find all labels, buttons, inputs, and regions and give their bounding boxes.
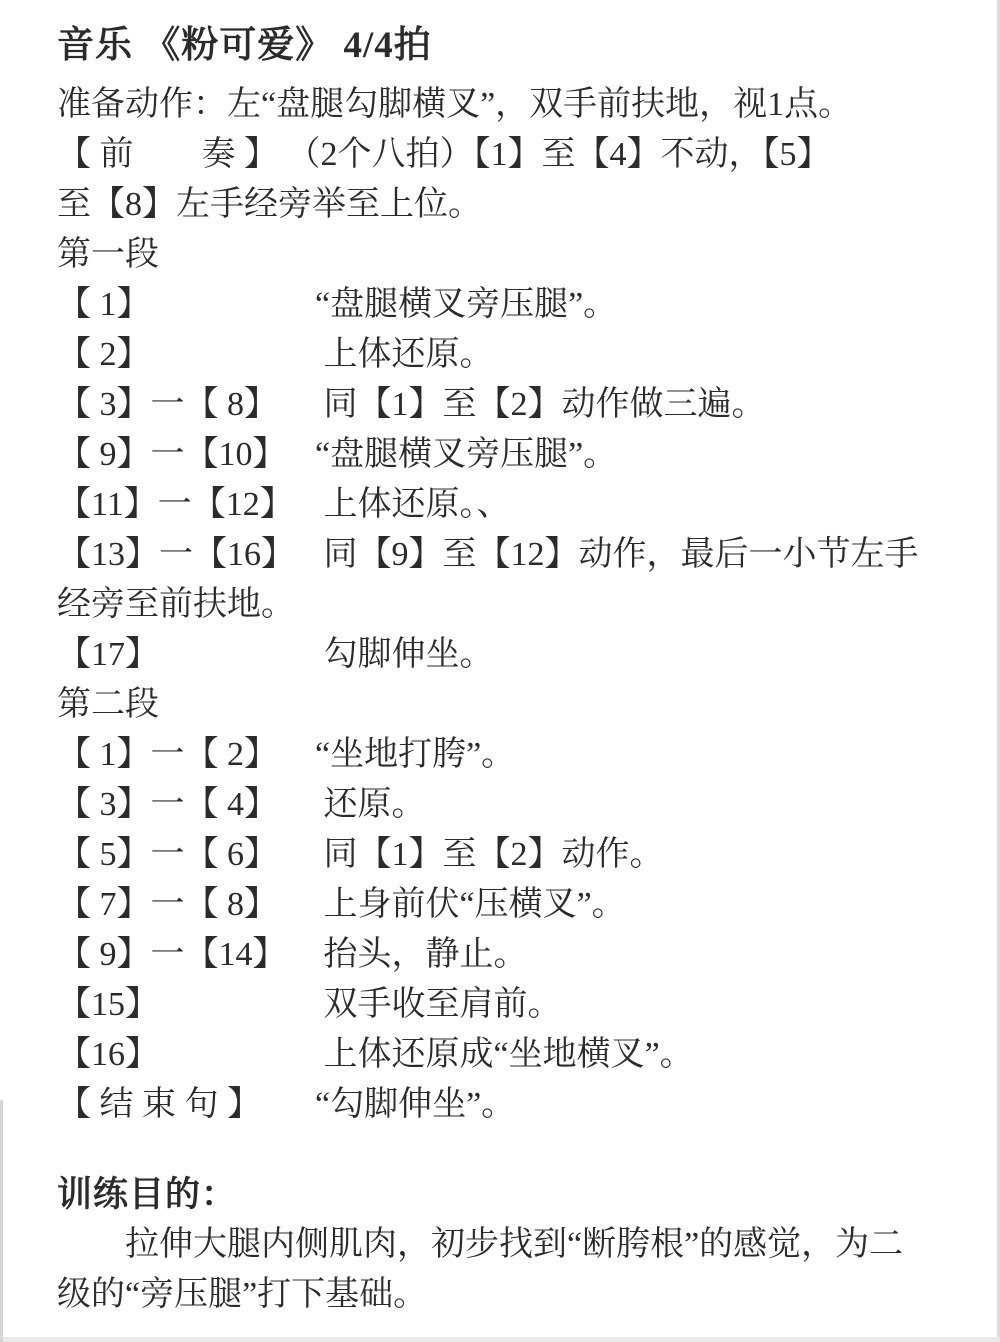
doc-title: 音乐 《粉可爱》 4/4拍 [57, 20, 960, 72]
beat-row: 【 5】一【 6】 同【1】至【2】动作。 [57, 830, 960, 880]
beat-description-continuation: 经旁至前扶地。 [57, 580, 960, 630]
page-edge-bottom [0, 1337, 1000, 1342]
beat-row: 【 2】 上体还原。 [57, 330, 960, 380]
beat-description: 上体还原。 [315, 330, 494, 380]
beat-label: 【 9】一【10】 [57, 430, 315, 480]
beat-row: 【15】 双手收至肩前。 [57, 980, 960, 1030]
prelude-line-1: 【 前 奏 】 （2个八拍）【1】至【4】不动，【5】 [57, 130, 960, 180]
beat-label: 【15】 [57, 980, 315, 1030]
beat-label: 【 1】 [57, 280, 315, 330]
section-1-heading: 第一段 [57, 230, 960, 280]
beat-row: 【11】一【12】 上体还原。、 [57, 480, 960, 530]
beat-description: “坐地打胯”。 [315, 730, 515, 780]
beat-row: 【 1】 “盘腿横叉旁压腿”。 [57, 280, 960, 330]
section-2-heading: 第二段 [57, 680, 960, 730]
beat-description: 同【9】至【12】动作，最后一小节左手 [315, 530, 919, 580]
beat-row: 【 1】一【 2】 “坐地打胯”。 [57, 730, 960, 780]
beat-label: 【16】 [57, 1030, 315, 1080]
beat-description: “盘腿横叉旁压腿”。 [315, 280, 617, 330]
beat-label: 【 2】 [57, 330, 315, 380]
beat-row: 【 结 束 句 】 “勾脚伸坐”。 [57, 1080, 960, 1130]
beat-row: 【16】 上体还原成“坐地横叉”。 [57, 1030, 960, 1080]
beat-row: 【 7】一【 8】 上身前伏“压横叉”。 [57, 880, 960, 930]
beat-label: 【 1】一【 2】 [57, 730, 315, 780]
purpose-line-2: 级的“旁压腿”打下基础。 [57, 1270, 960, 1320]
beat-row: 【 9】一【10】 “盘腿横叉旁压腿”。 [57, 430, 960, 480]
beat-description: 同【1】至【2】动作。 [315, 830, 664, 880]
beat-label: 【 3】一【 4】 [57, 780, 315, 830]
beat-description: 同【1】至【2】动作做三遍。 [315, 380, 766, 430]
beat-description: 上体还原。、 [315, 480, 511, 530]
beat-row: 【 9】一【14】 抬头，静止。 [57, 930, 960, 980]
page-edge-left [0, 1100, 3, 1342]
beat-description: “盘腿横叉旁压腿”。 [315, 430, 617, 480]
beat-row: 【 3】一【 8】 同【1】至【2】动作做三遍。 [57, 380, 960, 430]
beat-description: 还原。 [315, 780, 426, 830]
beat-description: 双手收至肩前。 [315, 980, 562, 1030]
beat-row: 【13】一【16】 同【9】至【12】动作，最后一小节左手 [57, 530, 960, 580]
prep-line: 准备动作：左“盘腿勾脚横叉”，双手前扶地，视1点。 [57, 80, 960, 130]
beat-label: 【17】 [57, 630, 315, 680]
beat-label: 【11】一【12】 [57, 480, 315, 530]
beat-description: “勾脚伸坐”。 [315, 1080, 515, 1130]
purpose-heading: 训练目的： [57, 1170, 960, 1220]
beat-description: 抬头，静止。 [315, 930, 528, 980]
beat-label: 【 5】一【 6】 [57, 830, 315, 880]
beat-description: 勾脚伸坐。 [315, 630, 494, 680]
beat-row: 【17】 勾脚伸坐。 [57, 630, 960, 680]
beat-description: 上体还原成“坐地横叉”。 [315, 1030, 694, 1080]
document-page: 音乐 《粉可爱》 4/4拍 准备动作：左“盘腿勾脚横叉”，双手前扶地，视1点。 … [0, 0, 1000, 1342]
beat-label: 【13】一【16】 [57, 530, 315, 580]
beat-row: 【 3】一【 4】 还原。 [57, 780, 960, 830]
purpose-line-1: 拉伸大腿内侧肌肉，初步找到“断胯根”的感觉，为二 [57, 1220, 960, 1270]
beat-label: 【 7】一【 8】 [57, 880, 315, 930]
prelude-line-2: 至【8】左手经旁举至上位。 [57, 180, 960, 230]
beat-description: 上身前伏“压横叉”。 [315, 880, 626, 930]
beat-label: 【 3】一【 8】 [57, 380, 315, 430]
beat-label: 【 9】一【14】 [57, 930, 315, 980]
beat-label: 【 结 束 句 】 [57, 1080, 315, 1130]
